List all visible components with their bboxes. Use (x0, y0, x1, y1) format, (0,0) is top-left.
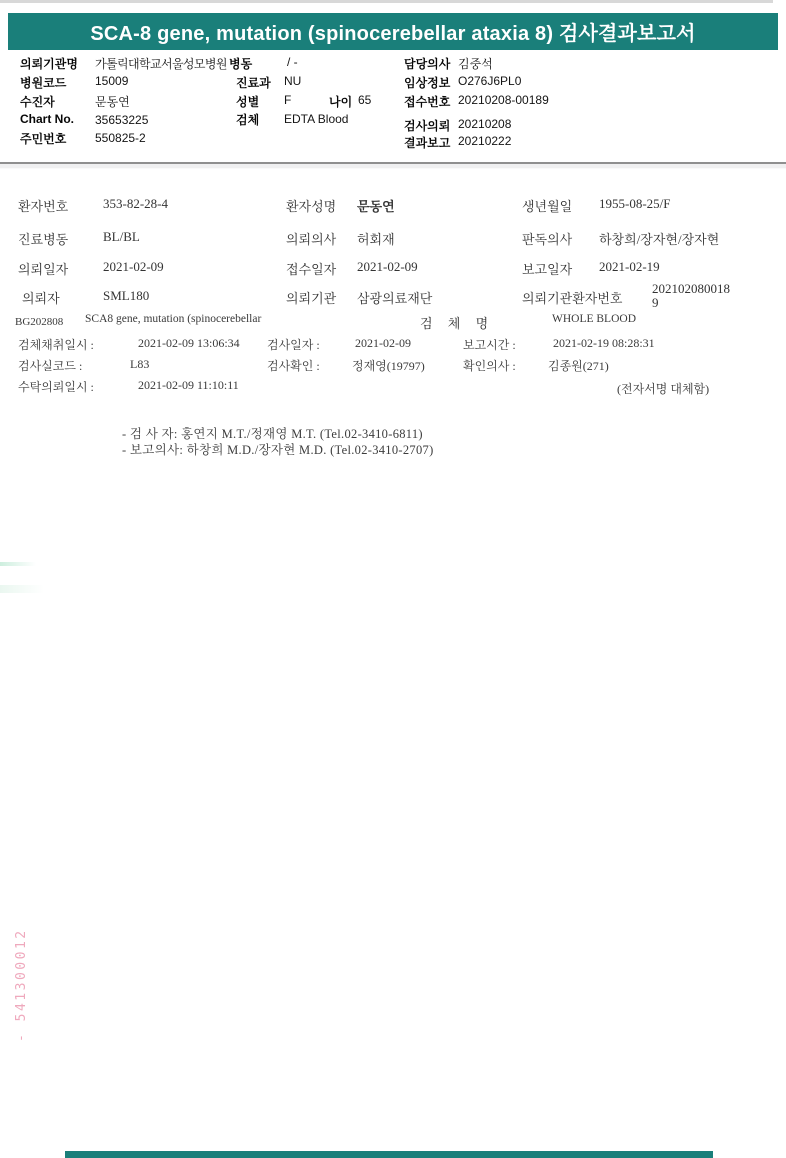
birthdate-label: 생년월일 (522, 196, 572, 215)
chart-no-value: 35653225 (95, 113, 148, 127)
specimen-type-value: EDTA Blood (284, 112, 348, 126)
test-date-value: 2021-02-09 (355, 336, 411, 351)
clinical-info-label: 임상정보 (404, 74, 450, 91)
report-time-value: 2021-02-19 08:28:31 (553, 336, 655, 351)
birthdate-value: 1955-08-25/F (599, 196, 671, 212)
report-date-label: 결과보고 (404, 134, 450, 151)
separator-shade (0, 164, 786, 169)
department-label: 진료과 (236, 74, 271, 91)
collected-datetime-value: 2021-02-09 13:06:34 (138, 336, 240, 351)
reading-doctor-value: 하창희/장자현/장자현 (599, 229, 719, 248)
resident-no-value: 550825-2 (95, 131, 146, 145)
care-ward-value: BL/BL (103, 229, 140, 245)
examinee-value: 문동연 (95, 93, 130, 110)
institute-patient-no-value-wrap: 9 (652, 295, 659, 311)
hospital-code-label: 병원코드 (20, 74, 66, 91)
patient-no-label: 환자번호 (18, 196, 68, 215)
page-title: SCA-8 gene, mutation (spinocerebellar at… (90, 17, 695, 46)
hospital-code-value: 15009 (95, 74, 128, 88)
order-date-label: 검사의뢰 (404, 117, 450, 134)
sex-value: F (284, 93, 291, 107)
chart-no-label: Chart No. (20, 112, 74, 126)
test-code: BG202808 (15, 316, 63, 328)
requesting-institute-value: 삼광의료재단 (357, 288, 432, 307)
serial-number: - 541300012 (14, 928, 29, 1042)
confirm-doctor-label: 확인의사 : (463, 357, 516, 374)
test-verified-value: 정재영(19797) (352, 357, 425, 374)
sex-label: 성별 (236, 93, 259, 110)
receipt-date-label: 접수일자 (286, 259, 336, 278)
attending-doctor-value: 김중석 (458, 55, 493, 72)
referring-doctor-value: 허회재 (357, 229, 395, 248)
accession-no-label: 접수번호 (404, 93, 450, 110)
report-date-value: 20210222 (458, 134, 511, 148)
reporting-doctor-note-line2: - 보고의사: 하창희 M.D./장자현 M.D. (Tel.02-3410-2… (122, 440, 434, 458)
requester-value: SML180 (103, 288, 149, 304)
report-time-label: 보고시간 : (463, 336, 516, 353)
lab-code-label: 검사실코드 : (18, 357, 82, 374)
report-page: SCA-8 gene, mutation (spinocerebellar at… (0, 0, 786, 1158)
accession-no-value: 20210208-00189 (458, 93, 549, 107)
test-verified-label: 검사확인 : (267, 357, 320, 374)
institute-patient-no-value: 202102080018 (652, 281, 730, 297)
scan-artifact (0, 562, 36, 566)
patient-no-value: 353-82-28-4 (103, 196, 168, 212)
resident-no-label: 주민번호 (20, 130, 66, 147)
age-value: 65 (358, 93, 371, 107)
requester-label: 의뢰자 (22, 288, 60, 307)
receipt-date-value: 2021-02-09 (357, 259, 418, 275)
title-banner: SCA-8 gene, mutation (spinocerebellar at… (8, 13, 778, 50)
ward-label: 병동 (229, 55, 252, 72)
reporting-date-label: 보고일자 (522, 259, 572, 278)
entrust-datetime-label: 수탁의뢰일시 : (18, 378, 94, 395)
reporting-date-value: 2021-02-19 (599, 259, 660, 275)
entrust-datetime-value: 2021-02-09 11:10:11 (138, 378, 239, 393)
scan-artifact (0, 585, 44, 593)
requesting-institute-label: 의뢰기관 (286, 288, 336, 307)
test-name: SCA8 gene, mutation (spinocerebellar (85, 313, 261, 325)
attending-doctor-label: 담당의사 (404, 55, 450, 72)
specimen-name-value: WHOLE BLOOD (552, 313, 636, 325)
requesting-org-value: 가톨릭대학교서울성모병원 (95, 55, 227, 72)
age-label: 나이 (329, 93, 352, 110)
patient-name-value: 문동연 (357, 196, 395, 215)
specimen-name-label: 검 체 명 (420, 313, 494, 332)
esignature-note: (전자서명 대체함) (617, 380, 709, 397)
requesting-org-label: 의뢰기관명 (20, 55, 78, 72)
clinical-info-value: O276J6PL0 (458, 74, 521, 88)
collected-datetime-label: 검체채취일시 : (18, 336, 94, 353)
care-ward-label: 진료병동 (18, 229, 68, 248)
reading-doctor-label: 판독의사 (522, 229, 572, 248)
department-value: NU (284, 74, 301, 88)
patient-name-label: 환자성명 (286, 196, 336, 215)
examinee-label: 수진자 (20, 93, 55, 110)
institute-patient-no-label: 의뢰기관환자번호 (522, 288, 622, 307)
specimen-type-label: 검체 (236, 111, 259, 128)
referring-doctor-label: 의뢰의사 (286, 229, 336, 248)
request-date-label: 의뢰일자 (18, 259, 68, 278)
request-date-value: 2021-02-09 (103, 259, 164, 275)
order-date-value: 20210208 (458, 117, 511, 131)
top-edge-line (0, 0, 773, 3)
test-date-label: 검사일자 : (267, 336, 320, 353)
ward-value: / - (287, 55, 298, 69)
bottom-accent-bar (65, 1151, 713, 1158)
confirm-doctor-value: 김종원(271) (548, 357, 609, 374)
lab-code-value: L83 (130, 357, 149, 372)
